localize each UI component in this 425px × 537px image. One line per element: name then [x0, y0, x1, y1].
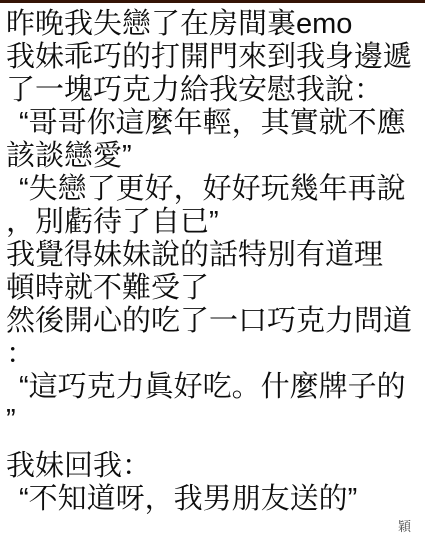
story-text: 昨晚我失戀了在房間裏emo 我妹乖巧的打開門來到我身邊遞 了一塊巧克力給我安慰我… [0, 3, 425, 516]
story-line: ，別虧待了自已” [6, 206, 425, 239]
text-post-image: { "page": { "background_color": "#ffffff… [0, 0, 425, 537]
story-line: “這巧克力眞好吃。什麼牌子的 [6, 371, 425, 404]
story-line: 頓時就不難受了 [6, 272, 425, 305]
story-line: “失戀了更好，好好玩幾年再說 [6, 173, 425, 206]
story-line: 我覺得妹妹說的話特別有道理 [6, 239, 425, 272]
watermark-text: 穎 [398, 520, 411, 533]
story-line: “不知道呀，我男朋友送的” [6, 483, 425, 516]
story-line: “哥哥你這麼年輕，其實就不應 [6, 107, 425, 140]
story-line: 昨晚我失戀了在房間裏emo [6, 8, 425, 41]
story-line: 我妹回我： [6, 450, 425, 483]
story-line: ： [6, 338, 425, 371]
story-line: 我妹乖巧的打開門來到我身邊遞 [6, 41, 425, 74]
story-line: 了一塊巧克力給我安慰我說： [6, 74, 425, 107]
story-line: 該談戀愛” [6, 140, 425, 173]
story-line: ” [6, 404, 425, 437]
story-line: 然後開心的吃了一口巧克力問道 [6, 305, 425, 338]
